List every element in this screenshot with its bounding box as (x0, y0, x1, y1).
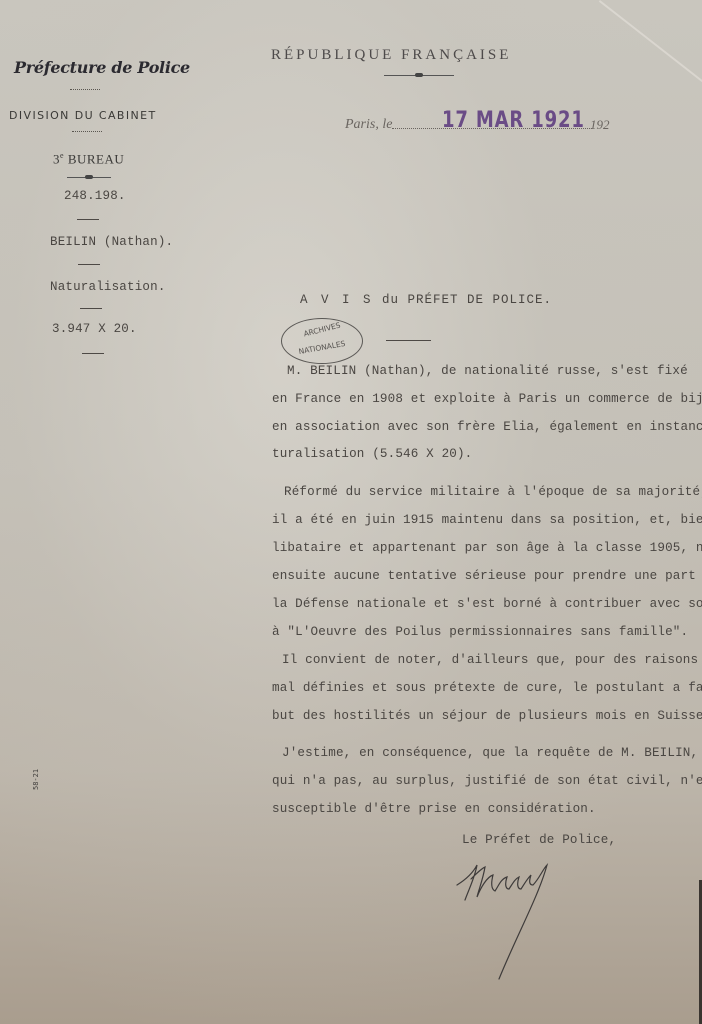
file-number: 248.198. (64, 189, 126, 203)
title-avis: A V I S (300, 293, 374, 307)
body-line: libataire et appartenant par son âge à l… (272, 541, 702, 555)
bureau-number: 3 (53, 151, 60, 166)
ornament-divider (67, 177, 111, 178)
body-line: en association avec son frère Elia, égal… (272, 420, 702, 434)
printed-year: 192 (590, 117, 610, 133)
archives-nationales-stamp: ARCHIVES NATIONALES (281, 318, 363, 364)
ornament-divider (384, 75, 454, 76)
body-line: J'estime, en conséquence, que la requête… (282, 746, 698, 760)
title-rest: du PRÉFET DE POLICE. (374, 293, 553, 307)
signatory-title: Le Préfet de Police, (462, 833, 616, 847)
margin-stamp: 58-21 (32, 769, 40, 790)
bureau-text: BUREAU (64, 151, 124, 166)
body-line: à "L'Oeuvre des Poilus permissionnaires … (272, 625, 688, 639)
date-stamp: 17 MAR 1921 (442, 108, 585, 133)
office-heading: Préfecture de Police (14, 58, 190, 77)
body-line: susceptible d'être prise en considératio… (272, 802, 596, 816)
divider (77, 219, 99, 220)
body-line: la Défense nationale et s'est borné à co… (272, 597, 702, 611)
body-line: M. BEILIN (Nathan), de nationalité russe… (287, 364, 688, 378)
subject-name: BEILIN (Nathan). (50, 235, 173, 249)
title-underline (386, 340, 431, 341)
ornament-wavy (70, 86, 100, 90)
body-line: il a été en juin 1915 maintenu dans sa p… (272, 513, 702, 527)
place-date-label: Paris, le (345, 117, 392, 133)
body-line: en France en 1908 et exploite à Paris un… (272, 392, 702, 406)
document-title: A V I S du PRÉFET DE POLICE. (300, 293, 552, 307)
division-label: DIVISION DU CABINET (9, 109, 157, 122)
handwritten-signature (455, 855, 615, 985)
body-line: mal définies et sous prétexte de cure, l… (272, 681, 702, 695)
body-line: turalisation (5.546 X 20). (272, 447, 472, 461)
divider (78, 264, 100, 265)
body-line: Il convient de noter, d'ailleurs que, po… (282, 653, 698, 667)
body-line: ensuite aucune tentative sérieuse pour p… (272, 569, 702, 583)
photo-glare (599, 0, 702, 88)
divider (80, 308, 102, 309)
document-page: Préfecture de Police DIVISION DU CABINET… (0, 0, 702, 1024)
bureau-label: 3e BUREAU (53, 151, 124, 167)
body-line: but des hostilités un séjour de plusieur… (272, 709, 702, 723)
body-line: qui n'a pas, au surplus, justifié de son… (272, 774, 702, 788)
reference-number: 3.947 X 20. (52, 322, 137, 336)
ornament-wavy (72, 128, 102, 132)
subject-matter: Naturalisation. (50, 280, 166, 294)
body-line: Réformé du service militaire à l'époque … (284, 485, 702, 499)
republic-heading: RÉPUBLIQUE FRANÇAISE (271, 47, 511, 64)
divider (82, 353, 104, 354)
